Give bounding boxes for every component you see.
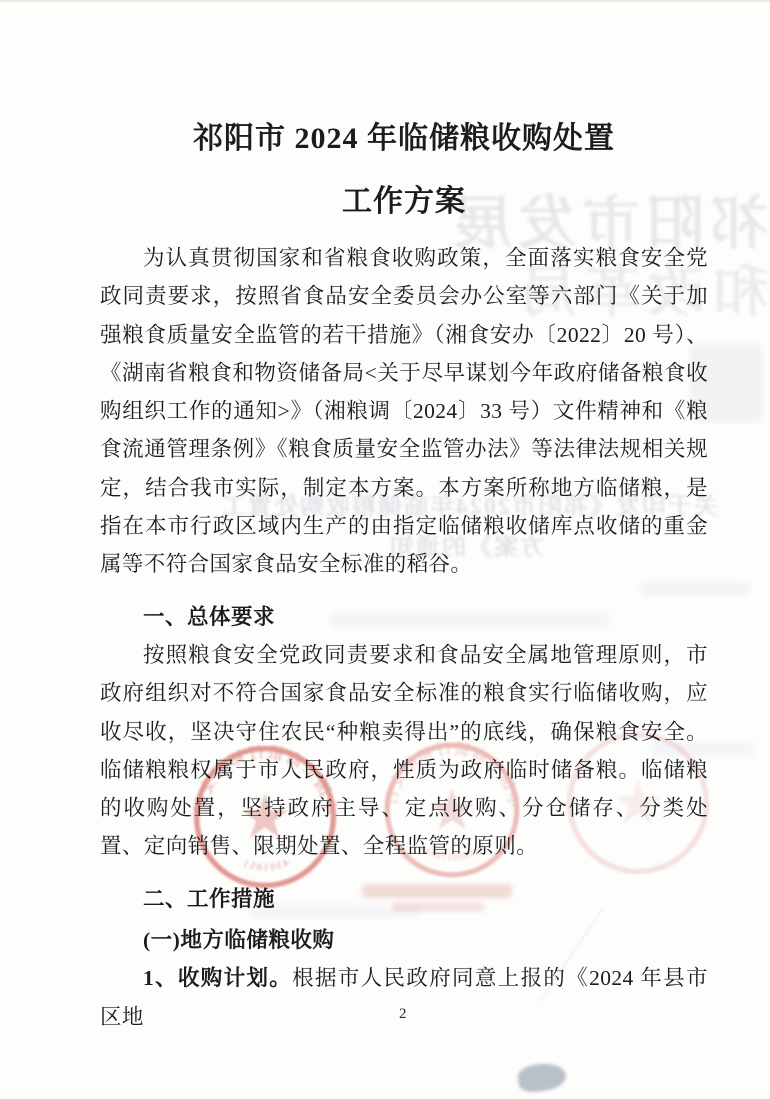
subsection-heading-1: (一)地方临储粮收购 [100,921,708,959]
document-title-line2: 工作方案 [100,173,708,230]
scan-edge-artifact [0,0,770,2]
scanned-document-page: 祁阳市发展 和改革局 关于印发《祁阳市2024年临储粮收购处置工 方案》的通知 … [0,0,770,1099]
scan-smudge-artifact [517,1061,568,1094]
document-body: 祁阳市 2024 年临储粮收购处置 工作方案 为认真贯彻国家和省粮食收购政策，全… [100,104,708,1036]
paragraph-lead-bold: 1、收购计划。 [143,966,292,990]
paragraph-general-requirements: 按照粮食安全党政同责要求和食品安全属地管理原则，市政府组织对不符合国家食品安全标… [100,636,708,866]
paragraph-preamble: 为认真贯彻国家和省粮食收购政策，全面落实粮食安全党政同责要求，按照省食品安全委员… [100,239,708,584]
section-heading-2: 二、工作措施 [100,880,708,918]
page-number: 2 [399,1006,408,1023]
section-heading-1: 一、总体要求 [100,598,708,636]
document-title-line1: 祁阳市 2024 年临储粮收购处置 [100,110,708,167]
paragraph-purchase-plan: 1、收购计划。根据市人民政府同意上报的《2024 年县市区地 [100,959,708,1036]
